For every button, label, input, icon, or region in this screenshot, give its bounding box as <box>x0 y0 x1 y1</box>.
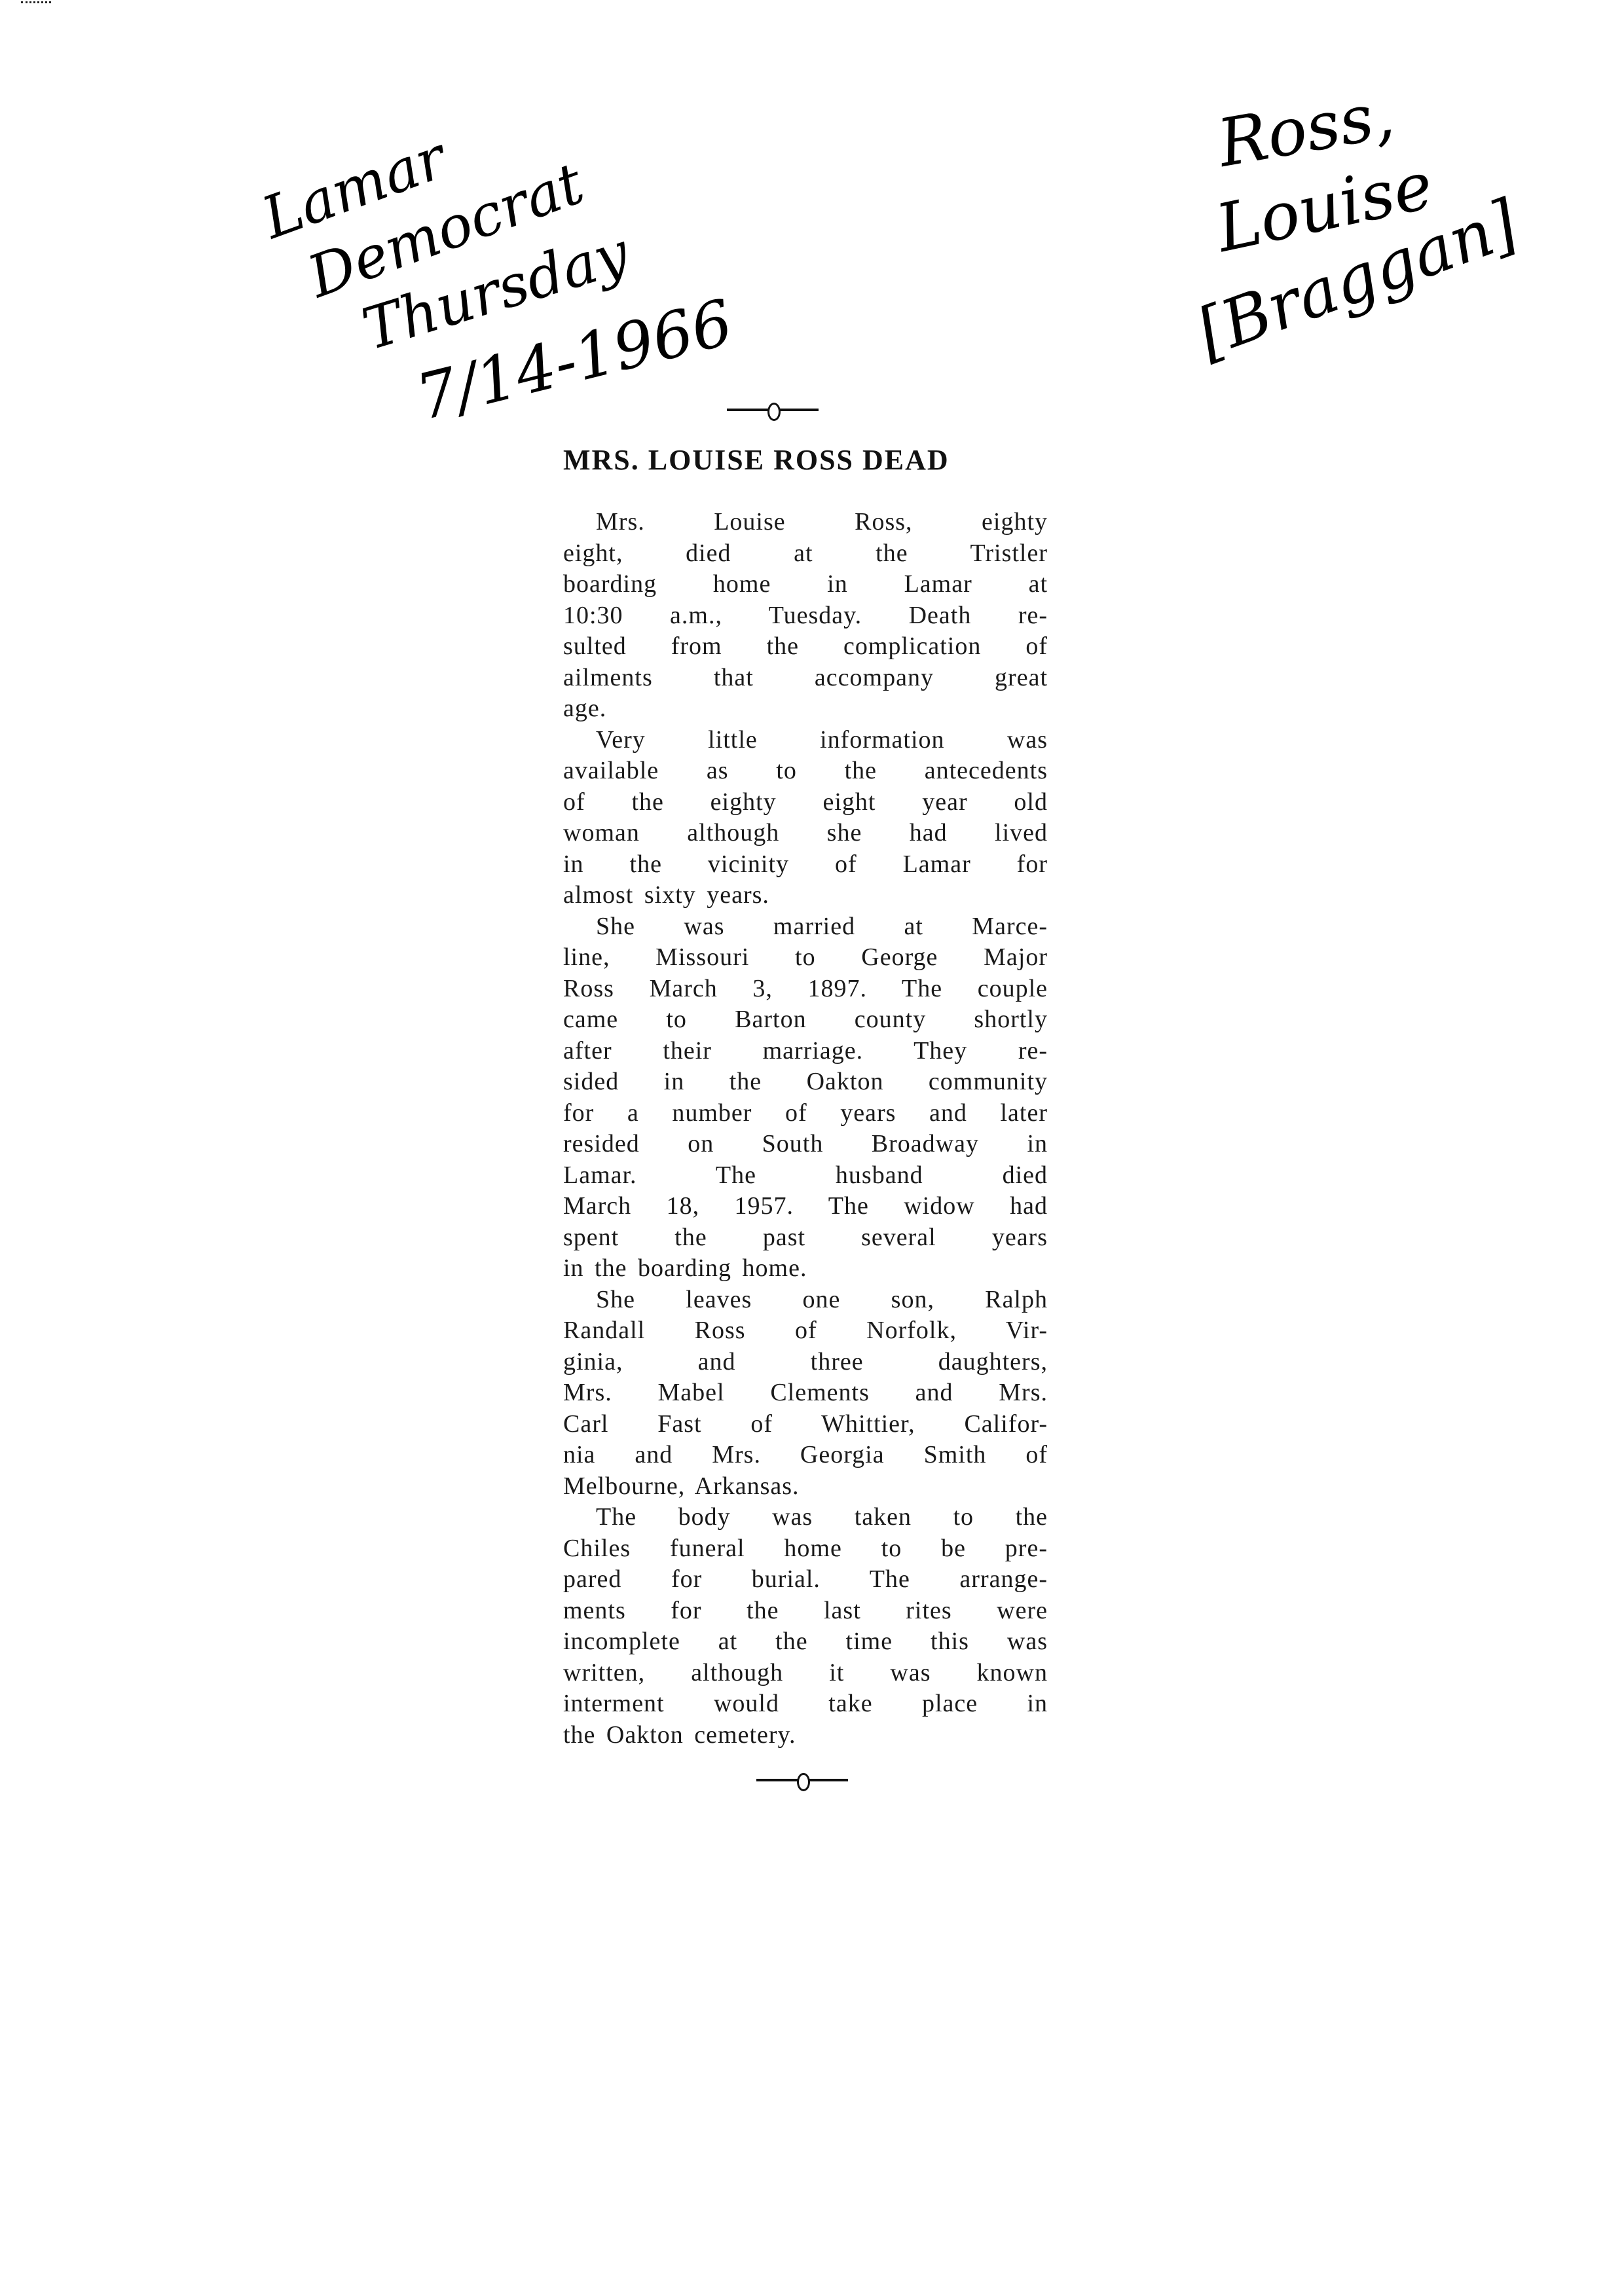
article-line: ments for the last rites were <box>563 1595 1048 1627</box>
article-line: Lamar. The husband died <box>563 1160 1048 1192</box>
article-line: She was married at Marce- <box>563 911 1048 943</box>
article-line: The body was taken to the <box>563 1502 1048 1533</box>
article-paragraph: Mrs. Louise Ross, eightyeight, died at t… <box>563 507 1048 725</box>
article-line: spent the past several years <box>563 1222 1048 1254</box>
article-line: of the eighty eight year old <box>563 787 1048 818</box>
article-line: the Oakton cemetery. <box>563 1720 1048 1751</box>
article-line: interment would take place in <box>563 1688 1048 1720</box>
article-line: sulted from the complication of <box>563 631 1048 663</box>
headline: MRS. LOUISE ROSS DEAD <box>563 443 1048 477</box>
article-line: boarding home in Lamar at <box>563 569 1048 600</box>
article-line: incomplete at the time this was <box>563 1626 1048 1658</box>
article-body: Mrs. Louise Ross, eightyeight, died at t… <box>563 507 1048 1751</box>
article-line: Carl Fast of Whittier, Califor- <box>563 1409 1048 1440</box>
article-line: ailments that accompany great <box>563 663 1048 694</box>
article-line: Melbourne, Arkansas. <box>563 1471 1048 1503</box>
article-paragraph: The body was taken to theChiles funeral … <box>563 1502 1048 1751</box>
article-paragraph: She was married at Marce-line, Missouri … <box>563 911 1048 1285</box>
article-line: Ross March 3, 1897. The couple <box>563 974 1048 1005</box>
handwritten-name-note: Ross, Louise [Braggan] <box>1198 105 1565 419</box>
article-line: Mrs. Mabel Clements and Mrs. <box>563 1377 1048 1409</box>
article-line: available as to the antecedents <box>563 756 1048 787</box>
article-line: Chiles funeral home to be pre- <box>563 1533 1048 1565</box>
article-line: written, although it was known <box>563 1658 1048 1689</box>
article-line: nia and Mrs. Georgia Smith of <box>563 1440 1048 1471</box>
article-line: in the boarding home. <box>563 1253 1048 1285</box>
ornamental-divider-top <box>727 403 819 416</box>
article-line: sided in the Oakton community <box>563 1066 1048 1098</box>
article-line: ginia, and three daughters, <box>563 1347 1048 1378</box>
obituary-clipping: MRS. LOUISE ROSS DEAD Mrs. Louise Ross, … <box>563 403 1048 1786</box>
article-line: resided on South Broadway in <box>563 1129 1048 1160</box>
article-line: age. <box>563 693 1048 725</box>
scan-artifact-mark <box>21 1 51 6</box>
handwritten-source-note: Lamar Democrat Thursday 7/14-1966 <box>268 177 727 439</box>
article-line: after their marriage. They re- <box>563 1036 1048 1067</box>
article-line: 10:30 a.m., Tuesday. Death re- <box>563 600 1048 632</box>
ornamental-divider-bottom <box>756 1773 848 1786</box>
article-line: in the vicinity of Lamar for <box>563 849 1048 881</box>
article-line: woman although she had lived <box>563 818 1048 849</box>
article-line: almost sixty years. <box>563 880 1048 911</box>
article-line: March 18, 1957. The widow had <box>563 1191 1048 1222</box>
article-line: line, Missouri to George Major <box>563 942 1048 974</box>
article-line: Randall Ross of Norfolk, Vir- <box>563 1315 1048 1347</box>
article-line: She leaves one son, Ralph <box>563 1285 1048 1316</box>
article-line: pared for burial. The arrange- <box>563 1564 1048 1595</box>
article-line: eight, died at the Tristler <box>563 538 1048 570</box>
article-paragraph: Very little information wasavailable as … <box>563 725 1048 911</box>
article-line: came to Barton county shortly <box>563 1004 1048 1036</box>
article-paragraph: She leaves one son, RalphRandall Ross of… <box>563 1285 1048 1503</box>
article-line: Very little information was <box>563 725 1048 756</box>
article-line: for a number of years and later <box>563 1098 1048 1129</box>
article-line: Mrs. Louise Ross, eighty <box>563 507 1048 538</box>
